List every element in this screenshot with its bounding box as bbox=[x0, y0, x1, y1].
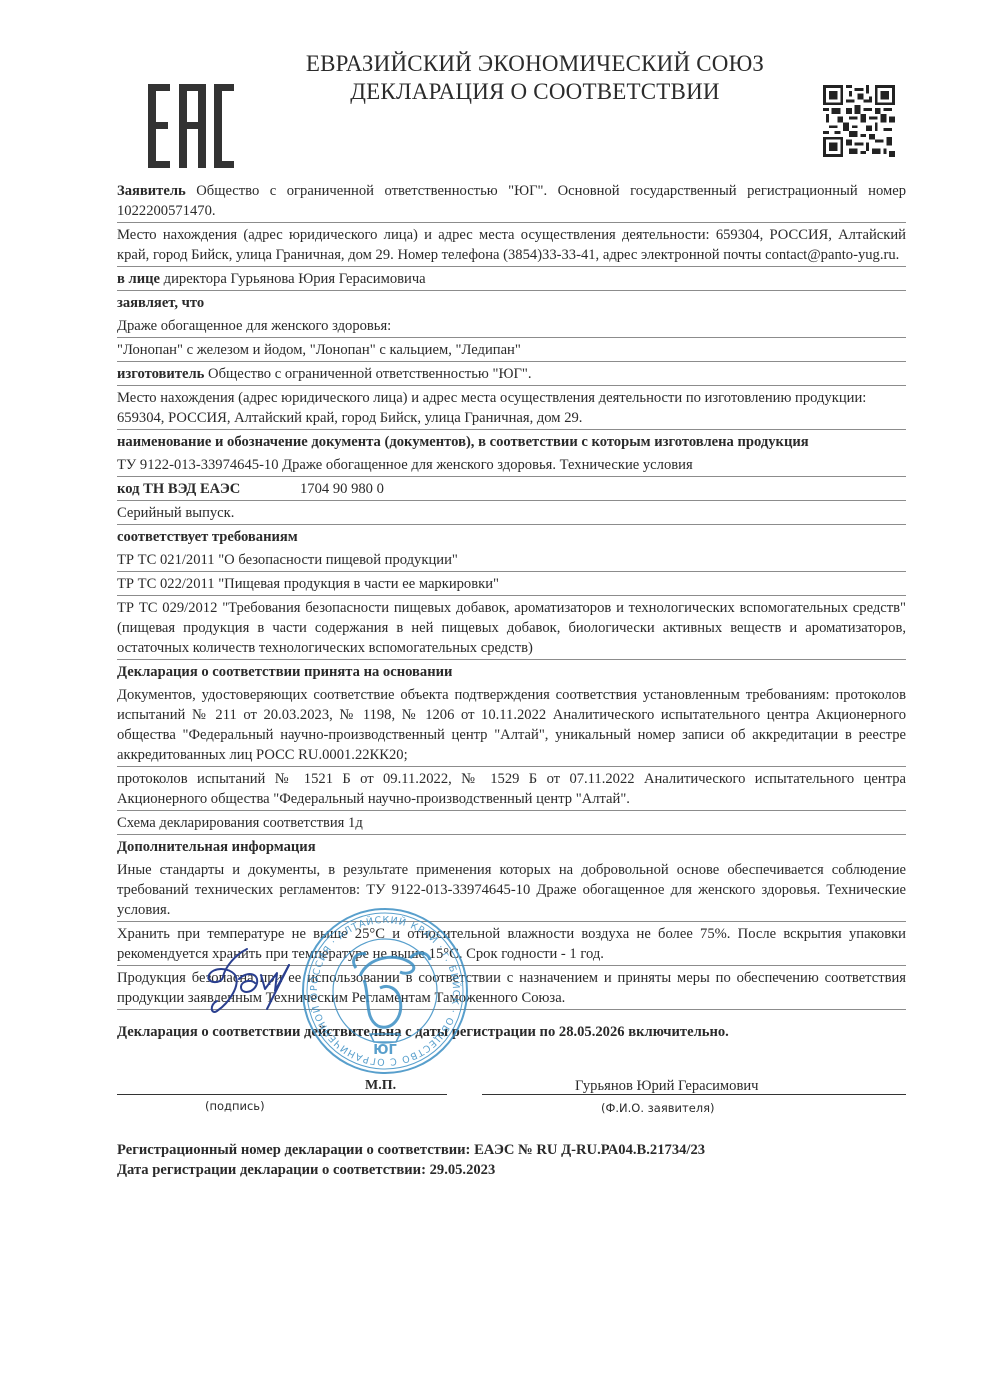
declaration-body: Заявитель Общество с ограниченной ответс… bbox=[117, 181, 906, 1180]
document-header: ЕВРАЗИЙСКИЙ ЭКОНОМИЧЕСКИЙ СОЮЗ ДЕКЛАРАЦИ… bbox=[270, 50, 800, 106]
applicant-text: Общество с ограниченной ответственностью… bbox=[117, 183, 906, 219]
qr-code-icon bbox=[823, 85, 895, 157]
documents-value: ТУ 9122-013-33974645-10 Драже обогащенно… bbox=[117, 455, 906, 477]
hs-code-value: 1704 90 980 0 bbox=[300, 479, 384, 499]
validity-statement: Декларация о соответствии действительна … bbox=[117, 1022, 906, 1042]
additional-info-label: Дополнительная информация bbox=[117, 837, 906, 858]
company-stamp-icon: РОССИЯ · АЛТАЙСКИЙ КРАЙ · г. БИЙСК · ОБЩ… bbox=[300, 906, 470, 1076]
manufacturer-label: изготовитель bbox=[117, 366, 204, 382]
manufacturer-text: Общество с ограниченной ответственностью… bbox=[204, 366, 531, 382]
basis-label: Декларация о соответствии принята на осн… bbox=[117, 662, 906, 683]
requirement-item: ТР ТС 022/2011 "Пищевая продукция в част… bbox=[117, 574, 906, 596]
declaration-title: ДЕКЛАРАЦИЯ О СООТВЕТСТВИИ bbox=[270, 78, 800, 106]
registration-date: Дата регистрации декларации о соответств… bbox=[117, 1160, 906, 1180]
declaration-scheme: Схема декларирования соответствия 1д bbox=[117, 813, 906, 835]
product-line-1: Драже обогащенное для женского здоровья: bbox=[117, 316, 906, 338]
eac-logo bbox=[148, 84, 234, 168]
requirements-label: соответствует требованиям bbox=[117, 527, 906, 548]
signature-icon bbox=[195, 945, 315, 1015]
applicant-section: Заявитель Общество с ограниченной ответс… bbox=[117, 181, 906, 223]
product-line-2: "Лонопан" с железом и йодом, "Лонопан" с… bbox=[117, 340, 906, 362]
manufacturer-section: изготовитель Общество с ограниченной отв… bbox=[117, 364, 906, 386]
signatory-name: Гурьянов Юрий Герасимович bbox=[575, 1076, 759, 1096]
signatory-name-caption: (Ф.И.О. заявителя) bbox=[601, 1098, 715, 1118]
represented-by: в лице директора Гурьянова Юрия Герасимо… bbox=[117, 269, 906, 291]
union-title: ЕВРАЗИЙСКИЙ ЭКОНОМИЧЕСКИЙ СОЮЗ bbox=[270, 50, 800, 78]
stamp-caption: М.П. bbox=[365, 1076, 396, 1096]
registration-date-value: 29.05.2023 bbox=[430, 1162, 496, 1178]
documents-label: наименование и обозначение документа (до… bbox=[117, 432, 906, 453]
hs-code-row: код ТН ВЭД ЕАЭС 1704 90 980 0 bbox=[117, 479, 906, 501]
represented-text: директора Гурьянова Юрия Герасимовича bbox=[160, 271, 426, 287]
represented-label: в лице bbox=[117, 271, 160, 287]
registration-date-label: Дата регистрации декларации о соответств… bbox=[117, 1162, 430, 1178]
signature-caption: (подпись) bbox=[205, 1096, 265, 1116]
requirement-item: ТР ТС 029/2012 "Требования безопасности … bbox=[117, 598, 906, 660]
basis-paragraph-2: протоколов испытаний № 1521 Б от 09.11.2… bbox=[117, 769, 906, 811]
registration-number: Регистрационный номер декларации о соотв… bbox=[117, 1140, 906, 1160]
stamp-center-text: ЮГ bbox=[373, 1043, 397, 1058]
requirement-item: ТР ТС 021/2011 "О безопасности пищевой п… bbox=[117, 550, 906, 572]
hs-code-label: код ТН ВЭД ЕАЭС bbox=[117, 479, 300, 499]
registration-number-value: ЕАЭС № RU Д-RU.РА04.В.21734/23 bbox=[474, 1142, 705, 1158]
additional-paragraph-1: Иные стандарты и документы, в результате… bbox=[117, 860, 906, 922]
registration-number-label: Регистрационный номер декларации о соотв… bbox=[117, 1142, 474, 1158]
basis-paragraph-1: Документов, удостоверяющих соответствие … bbox=[117, 685, 906, 767]
manufacturer-address: Место нахождения (адрес юридического лиц… bbox=[117, 388, 906, 430]
declares-label: заявляет, что bbox=[117, 293, 906, 314]
signature-line bbox=[117, 1094, 447, 1095]
applicant-label: Заявитель bbox=[117, 183, 186, 199]
release-type: Серийный выпуск. bbox=[117, 503, 906, 525]
applicant-address: Место нахождения (адрес юридического лиц… bbox=[117, 225, 906, 267]
signature-block: (подпись) М.П. Гурьянов Юрий Герасимович… bbox=[117, 1042, 906, 1140]
